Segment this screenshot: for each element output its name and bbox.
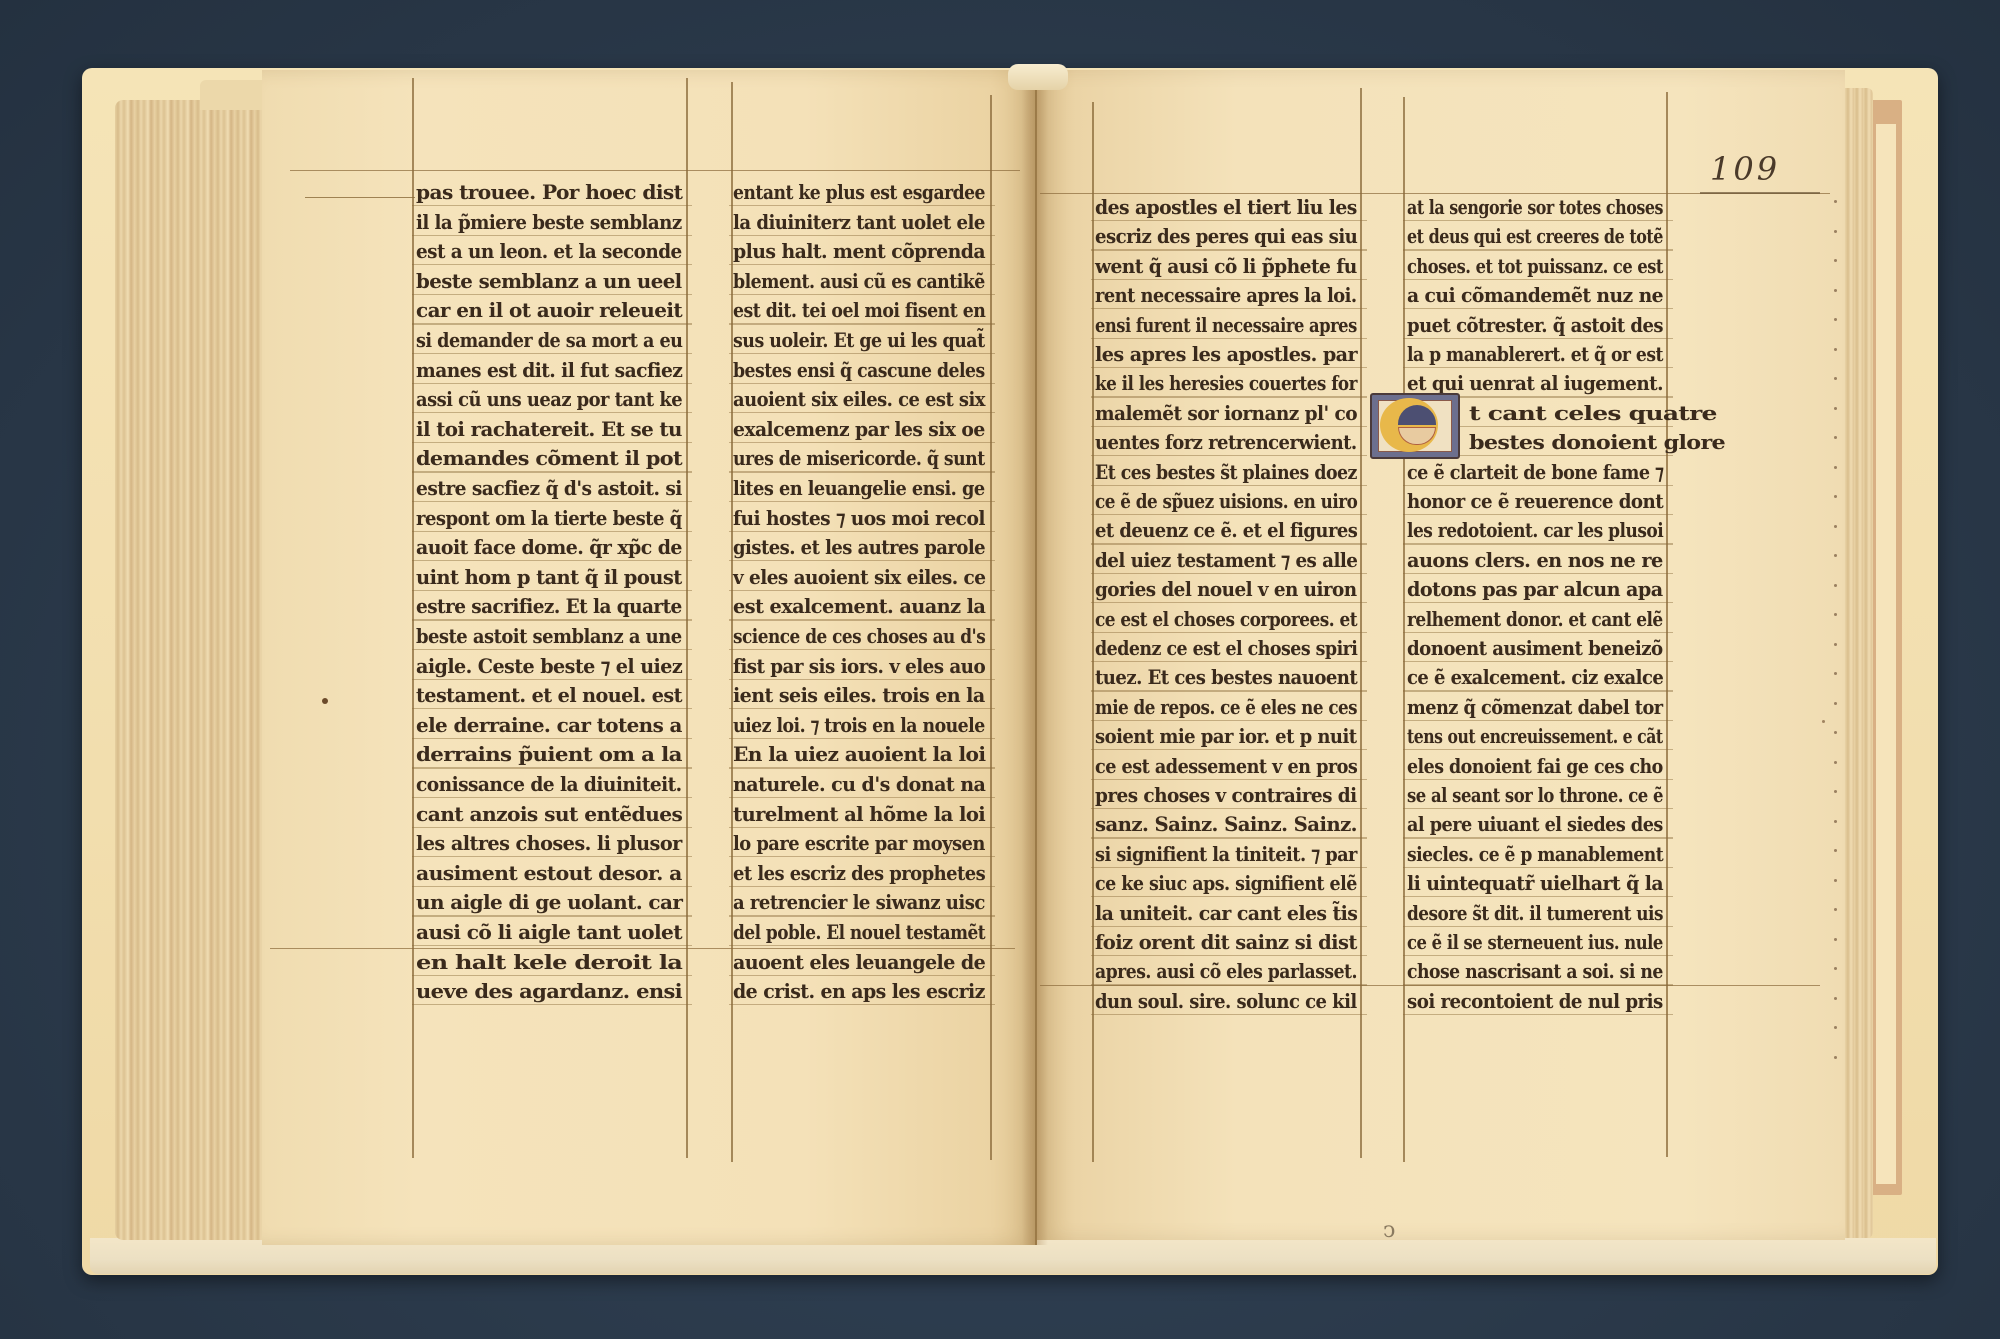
ruling-line xyxy=(412,412,692,413)
manuscript-text-line: la p manablerert. et q̃ or est xyxy=(1407,342,1663,366)
manuscript-text-line: apres. ausi cõ eles parlasset. xyxy=(1095,959,1357,983)
manuscript-text-line: a retrencier le siwanz uisc xyxy=(733,890,985,914)
ruling-line xyxy=(729,235,995,236)
manuscript-text-line: foiz orent dit sainz si dist xyxy=(1095,930,1357,954)
manuscript-text-line: demandes cõment il pot xyxy=(416,446,682,470)
manuscript-text-line: ce ke siuc aps. signifient elẽ xyxy=(1095,871,1357,895)
manuscript-text-line: aigle. Ceste beste ⁊ el uiez xyxy=(416,654,682,678)
folio-number: 109 xyxy=(1710,150,1780,188)
pricking-dot xyxy=(1834,495,1837,498)
manuscript-text-line: beste astoit semblanz a une xyxy=(416,624,682,648)
pricking-dot xyxy=(1834,731,1837,734)
ruling-line xyxy=(729,708,995,709)
manuscript-text-line: beste semblanz a un ueel xyxy=(416,269,682,293)
manuscript-text-line: ce ẽ clarteit de bone fame ⁊ xyxy=(1407,460,1663,484)
illuminated-initial xyxy=(1370,393,1460,459)
manuscript-text-line: naturele. cu d's donat na xyxy=(733,772,985,796)
pricking-dot xyxy=(1834,230,1837,233)
manuscript-text-line: auoit face dome. q̃r xp̃c de xyxy=(416,535,682,559)
ruling-line xyxy=(729,649,995,650)
ruling-line xyxy=(1403,984,1673,985)
ruling-line xyxy=(729,738,995,739)
manuscript-text-line: se al seant sor lo throne. ce ẽ xyxy=(1407,783,1663,807)
ruling-line xyxy=(1403,661,1673,662)
manuscript-text-line: les altres choses. li plusor xyxy=(416,831,682,855)
ruling-line xyxy=(412,264,692,265)
ruling-line xyxy=(412,353,692,354)
ruling-line xyxy=(1403,602,1673,603)
manuscript-text-line: est exalcement. auanz la xyxy=(733,594,985,618)
ruling-line xyxy=(729,1004,995,1005)
ruling-line xyxy=(412,235,692,236)
ruling-line xyxy=(412,856,692,857)
ruling-line xyxy=(729,353,995,354)
left-page-stack-edges xyxy=(115,100,270,1240)
manuscript-text-line: a cui cõmandemẽt nuz ne xyxy=(1407,283,1663,307)
ruling-line xyxy=(1403,279,1673,280)
manuscript-text-line: ce ẽ il se sterneuent ius. nule xyxy=(1407,930,1663,954)
ruling-line xyxy=(1403,514,1673,515)
ruling-line xyxy=(729,590,995,591)
manuscript-text-line: mie de repos. ce ẽ eles ne ces xyxy=(1095,695,1357,719)
manuscript-text-line: ce ẽ de sp̃uez uisions. en uiro xyxy=(1095,489,1357,513)
pricking-dot xyxy=(1834,761,1837,764)
ruling-line xyxy=(1091,426,1367,427)
ruling-line xyxy=(1091,984,1367,985)
ruling-vertical xyxy=(1666,92,1668,1157)
manuscript-text-line: auoent eles leuangele de xyxy=(733,950,985,974)
manuscript-text-line: tuez. Et ces bestes nauoent xyxy=(1095,665,1357,689)
manuscript-text-line: uentes forz retrencerwient. xyxy=(1095,430,1357,454)
manuscript-text-line: blement. ausi cũ es cantikẽ xyxy=(733,269,985,293)
manuscript-text-line: En la uiez auoient la loi xyxy=(733,742,985,766)
ruling-line xyxy=(1091,955,1367,956)
manuscript-text-line: auoient six eiles. ce est six xyxy=(733,387,985,411)
ruling-vertical xyxy=(412,78,414,1158)
ruling-line xyxy=(1403,926,1673,927)
manuscript-text-line: la diuiniterz tant uolet ele xyxy=(733,210,985,234)
manuscript-text-line: de crist. en aps les escriz xyxy=(733,979,985,1003)
ruling-vertical xyxy=(990,95,992,1160)
manuscript-text-line: estre sacfiez q̃ d's astoit. si xyxy=(416,476,682,500)
manuscript-text-line: del poble. El nouel testamẽt xyxy=(733,920,985,944)
manuscript-text-line: dedenz ce est el choses spiri xyxy=(1095,636,1357,660)
manuscript-text-line: li uintequatr̃ uielhart q̃ la xyxy=(1407,871,1663,895)
manuscript-text-line: dun soul. sire. solunc ce kil xyxy=(1095,989,1357,1013)
ruling-line xyxy=(1091,514,1367,515)
ruling-line xyxy=(1091,926,1367,927)
ruling-line xyxy=(1403,955,1673,956)
manuscript-text-line: des apostles el tiert liu les xyxy=(1095,195,1357,219)
manuscript-text-line: went q̃ ausi cõ li p̃phete fu xyxy=(1095,254,1357,278)
pricking-dot xyxy=(1834,908,1837,911)
ruling-line xyxy=(412,945,692,946)
manuscript-text-line: uiez loi. ⁊ trois en la nouele xyxy=(733,713,985,737)
ink-spot xyxy=(322,698,328,704)
ruling-line xyxy=(412,531,692,532)
pricking-dot xyxy=(1834,466,1837,469)
ruling-line xyxy=(412,471,692,472)
manuscript-text-line: exalcemenz par les six oe xyxy=(733,417,985,441)
ruling-line xyxy=(729,560,995,561)
manuscript-text-line: les redotoient. car les plusoi xyxy=(1407,518,1663,542)
manuscript-text-line: et deuenz ce ẽ. et el figures xyxy=(1095,518,1357,542)
manuscript-text-line: derrains p̃uient om a la xyxy=(416,742,682,766)
ruling-line xyxy=(1403,896,1673,897)
manuscript-text-line: ueve des agardanz. ensi xyxy=(416,979,682,1003)
ruling-line xyxy=(1403,308,1673,309)
ruling-line xyxy=(1403,1014,1673,1015)
pricking-dot xyxy=(1834,820,1837,823)
ruling-line xyxy=(729,323,995,324)
ruling-line xyxy=(1091,367,1367,368)
pricking-dot xyxy=(1834,348,1837,351)
ruling-line xyxy=(1403,837,1673,838)
manuscript-text-line: bestes ensi q̃ cascune deles xyxy=(733,358,985,382)
ruling-line xyxy=(412,827,692,828)
ruling-line xyxy=(412,708,692,709)
ruling-line xyxy=(1091,573,1367,574)
manuscript-text-line: ce est el choses corporees. et xyxy=(1095,607,1357,631)
pricking-dot xyxy=(1834,200,1837,203)
manuscript-text-line: testament. et el nouel. est xyxy=(416,683,682,707)
ruling-line xyxy=(729,442,995,443)
ruling-line xyxy=(729,886,995,887)
manuscript-text-line: donoent ausiment beneizõ xyxy=(1407,636,1663,660)
ruling-line xyxy=(1091,1014,1367,1015)
manuscript-text-line: ce est adessement v en pros xyxy=(1095,754,1357,778)
manuscript-text-line: puet cõtrester. q̃ astoit des xyxy=(1407,313,1663,337)
manuscript-text-line: gistes. et les autres parole xyxy=(733,535,985,559)
manuscript-text-line: ele derraine. car totens a xyxy=(416,713,682,737)
ruling-line xyxy=(1091,661,1367,662)
manuscript-text-line: choses. et tot puissanz. ce est xyxy=(1407,254,1663,278)
ruling-line xyxy=(1091,543,1367,544)
ruling-line xyxy=(412,501,692,502)
manuscript-text-line: ient seis eiles. trois en la xyxy=(733,683,985,707)
manuscript-text-line: il la p̃miere beste semblanz xyxy=(416,210,682,234)
manuscript-text-line: en halt kele deroit la xyxy=(416,950,682,974)
ruling-line xyxy=(729,501,995,502)
ruling-line xyxy=(1091,896,1367,897)
ruling-line xyxy=(412,294,692,295)
ruling-line xyxy=(412,975,692,976)
manuscript-text-line: at la sengorie sor totes choses xyxy=(1407,195,1663,219)
pricking-dot xyxy=(1834,672,1837,675)
ruling-line xyxy=(729,383,995,384)
ruling-vertical xyxy=(686,78,688,1158)
manuscript-text-line: v eles auoient six eiles. ce xyxy=(733,565,985,589)
ruling-line xyxy=(729,531,995,532)
ruling-line xyxy=(1091,867,1367,868)
pricking-dot xyxy=(1834,849,1837,852)
ruling-line xyxy=(412,797,692,798)
manuscript-text-line: Et ces bestes s̃t plaines doez xyxy=(1095,460,1357,484)
manuscript-text-line: fist par sis iors. v eles auo xyxy=(733,654,985,678)
ruling-line xyxy=(412,915,692,916)
ruling-line xyxy=(1091,455,1367,456)
ruling-line xyxy=(729,294,995,295)
manuscript-text-line: lo pare escrite par moysen xyxy=(733,831,985,855)
ruling-line xyxy=(729,412,995,413)
manuscript-text-line: ausiment estout desor. a xyxy=(416,861,682,885)
ruling-line xyxy=(729,827,995,828)
manuscript-text-line: conissance de la diuiniteit. xyxy=(416,772,682,796)
manuscript-text-line: auons clers. en nos ne re xyxy=(1407,548,1663,572)
ruling-line xyxy=(729,945,995,946)
manuscript-text-line: chose nascrisant a soi. si ne xyxy=(1407,959,1663,983)
manuscript-text-line: soi recontoient de nul pris xyxy=(1407,989,1663,1013)
ruling-line xyxy=(1091,249,1367,250)
manuscript-text-line: bestes donoient glore xyxy=(1469,430,1725,454)
manuscript-text-line: manes est dit. il fut sacfiez xyxy=(416,358,682,382)
manuscript-text-line: plus halt. ment cõprenda xyxy=(733,239,985,263)
ink-spot xyxy=(1822,720,1825,723)
manuscript-text-line: desore s̃t dit. il tumerent uis xyxy=(1407,901,1663,925)
pricking-dot xyxy=(1834,1056,1837,1059)
manuscript-text-line: honor ce ẽ reuerence dont xyxy=(1407,489,1663,513)
ruling-line xyxy=(1403,808,1673,809)
ruling-line xyxy=(729,797,995,798)
manuscript-text-line: il toi rachatereit. Et se tu xyxy=(416,417,682,441)
ruling-line xyxy=(1091,602,1367,603)
ruling-line xyxy=(1091,749,1367,750)
manuscript-text-line: relhement donor. et cant elẽ xyxy=(1407,607,1663,631)
manuscript-text-line: la uniteit. car cant eles t̃is xyxy=(1095,901,1357,925)
ruling-line xyxy=(1091,690,1367,691)
manuscript-text-line: eles donoient fai ge ces cho xyxy=(1407,754,1663,778)
ruling-line xyxy=(1091,220,1367,221)
pricking-dot xyxy=(1834,377,1837,380)
ruling-line xyxy=(1403,220,1673,221)
ruling-line xyxy=(1403,720,1673,721)
ruling-line xyxy=(729,767,995,768)
ruling-line xyxy=(412,1004,692,1005)
manuscript-text-line: menz q̃ cõmenzat dabel tor xyxy=(1407,695,1663,719)
manuscript-text-line: gories del nouel v en uiron xyxy=(1095,577,1357,601)
ruling-line xyxy=(729,679,995,680)
manuscript-text-line: cant anzois sut entẽdues xyxy=(416,802,682,826)
pricking-dot xyxy=(1834,318,1837,321)
manuscript-text-line: ausi cõ li aigle tant uolet xyxy=(416,920,682,944)
manuscript-text-line: si demander de sa mort a eu xyxy=(416,328,682,352)
ruling-line xyxy=(729,619,995,620)
ruling-horizontal xyxy=(305,197,415,198)
pricking-dot xyxy=(1834,613,1837,616)
manuscript-text-line: si signifient la tiniteit. ⁊ par xyxy=(1095,842,1357,866)
spine-gutter xyxy=(1035,70,1037,1245)
ruling-line xyxy=(412,560,692,561)
pricking-dot xyxy=(1834,259,1837,262)
ruling-line xyxy=(1091,837,1367,838)
ruling-line xyxy=(412,442,692,443)
pricking-dot xyxy=(1834,967,1837,970)
pricking-dot xyxy=(1834,938,1837,941)
manuscript-text-line: entant ke plus est esgardee xyxy=(733,180,985,204)
pricking-dot xyxy=(1834,289,1837,292)
right-page-stack-edges xyxy=(1845,88,1873,1238)
ruling-line xyxy=(1091,720,1367,721)
ruling-line xyxy=(729,205,995,206)
ruling-line xyxy=(1403,779,1673,780)
ruling-line xyxy=(729,915,995,916)
manuscript-text-line: et deus qui est creeres de totẽ xyxy=(1407,224,1663,248)
manuscript-text-line: sanz. Sainz. Sainz. Sainz. xyxy=(1095,812,1357,836)
ruling-line xyxy=(412,205,692,206)
manuscript-text-line: pres choses v contraires di xyxy=(1095,783,1357,807)
ruling-line xyxy=(412,738,692,739)
ruling-line xyxy=(729,471,995,472)
ruling-line xyxy=(412,323,692,324)
ruling-line xyxy=(1403,249,1673,250)
ruling-line xyxy=(1403,543,1673,544)
manuscript-text-line: et qui uenrat al iugement. xyxy=(1407,371,1663,395)
ruling-line xyxy=(1403,632,1673,633)
ruling-line xyxy=(729,975,995,976)
manuscript-text-line: respont om la tierte beste q̃ xyxy=(416,506,682,530)
manuscript-text-line: rent necessaire apres la loi. xyxy=(1095,283,1357,307)
quire-mark: ↄ xyxy=(1383,1218,1395,1243)
ruling-line xyxy=(412,767,692,768)
ruling-line xyxy=(412,649,692,650)
ruling-line xyxy=(1091,308,1367,309)
right-cover-frame-inner xyxy=(1876,124,1896,1184)
manuscript-text-line: t cant celes quatre xyxy=(1469,401,1717,425)
pricking-dot xyxy=(1834,436,1837,439)
ruling-horizontal xyxy=(290,170,1020,171)
manuscript-text-line: escriz des peres qui eas siu xyxy=(1095,224,1357,248)
pricking-dot xyxy=(1834,997,1837,1000)
manuscript-text-line: uint hom p tant q̃ il poust xyxy=(416,565,682,589)
ruling-line xyxy=(1091,338,1367,339)
pricking-dot xyxy=(1834,525,1837,528)
ruling-line xyxy=(1403,749,1673,750)
pricking-dot xyxy=(1834,584,1837,587)
manuscript-text-line: est dit. tei oel moi fisent en xyxy=(733,298,985,322)
pricking-dot xyxy=(1834,702,1837,705)
manuscript-text-line: al pere uiuant el siedes des xyxy=(1407,812,1663,836)
manuscript-text-line: assi cũ uns ueaz por tant ke xyxy=(416,387,682,411)
manuscript-text-line: malemẽt sor iornanz pl' co xyxy=(1095,401,1357,425)
manuscript-text-line: ensi furent il necessaire apres xyxy=(1095,313,1357,337)
manuscript-text-line: estre sacrifiez. Et la quarte xyxy=(416,594,682,618)
pricking-dot xyxy=(1834,407,1837,410)
manuscript-text-line: siecles. ce ẽ p manablement xyxy=(1407,842,1663,866)
manuscript-text-line: del uiez testament ⁊ es alle xyxy=(1095,548,1357,572)
manuscript-text-line: lites en leuangelie ensi. ge xyxy=(733,476,985,500)
manuscript-text-line: soient mie par ior. et p nuit xyxy=(1095,724,1357,748)
manuscript-text-line: tens out encreuissement. e cãt xyxy=(1407,724,1663,748)
pricking-dot xyxy=(1834,1026,1837,1029)
manuscript-text-line: un aigle di ge uolant. car xyxy=(416,890,682,914)
pricking-dot xyxy=(1834,790,1837,793)
folio-number-underline xyxy=(1700,192,1820,194)
manuscript-text-line: ce ẽ exalcement. ciz exalce xyxy=(1407,665,1663,689)
ruling-line xyxy=(412,679,692,680)
ruling-line xyxy=(1403,867,1673,868)
manuscript-text-line: car en il ot auoir releueit xyxy=(416,298,682,322)
ruling-line xyxy=(1403,485,1673,486)
ruling-line xyxy=(1403,690,1673,691)
manuscript-text-line: science de ces choses au d's xyxy=(733,624,985,648)
ruling-line xyxy=(729,856,995,857)
pricking-dot xyxy=(1834,643,1837,646)
ruling-line xyxy=(412,383,692,384)
manuscript-text-line: ke il les heresies couertes for xyxy=(1095,371,1357,395)
manuscript-text-line: turelment al hõme la loi xyxy=(733,802,985,826)
headband xyxy=(1008,64,1068,90)
ruling-line xyxy=(1091,485,1367,486)
ruling-line xyxy=(1403,367,1673,368)
ruling-line xyxy=(1403,338,1673,339)
manuscript-text-line: fui hostes ⁊ uos moi recol xyxy=(733,506,985,530)
manuscript-text-line: pas trouee. Por hoec dist xyxy=(416,180,682,204)
ruling-line xyxy=(412,619,692,620)
pricking-dot xyxy=(1834,554,1837,557)
ruling-line xyxy=(1091,808,1367,809)
manuscript-text-line: dotons pas par alcun apa xyxy=(1407,577,1663,601)
ruling-line xyxy=(1403,573,1673,574)
manuscript-text-line: est a un leon. et la seconde xyxy=(416,239,682,263)
ruling-line xyxy=(1091,279,1367,280)
ruling-line xyxy=(729,264,995,265)
ruling-line xyxy=(1091,632,1367,633)
ruling-vertical xyxy=(1403,97,1405,1162)
pricking-dot xyxy=(1834,879,1837,882)
ruling-line xyxy=(1091,779,1367,780)
ruling-line xyxy=(412,590,692,591)
manuscript-text-line: et les escriz des prophetes xyxy=(733,861,985,885)
manuscript-text-line: sus uoleir. Et ge ui les quat̃ xyxy=(733,328,985,352)
manuscript-text-line: ures de misericorde. q̃ sunt xyxy=(733,446,985,470)
ruling-line xyxy=(412,886,692,887)
manuscript-text-line: les apres les apostles. par xyxy=(1095,342,1357,366)
ruling-line xyxy=(1091,396,1367,397)
